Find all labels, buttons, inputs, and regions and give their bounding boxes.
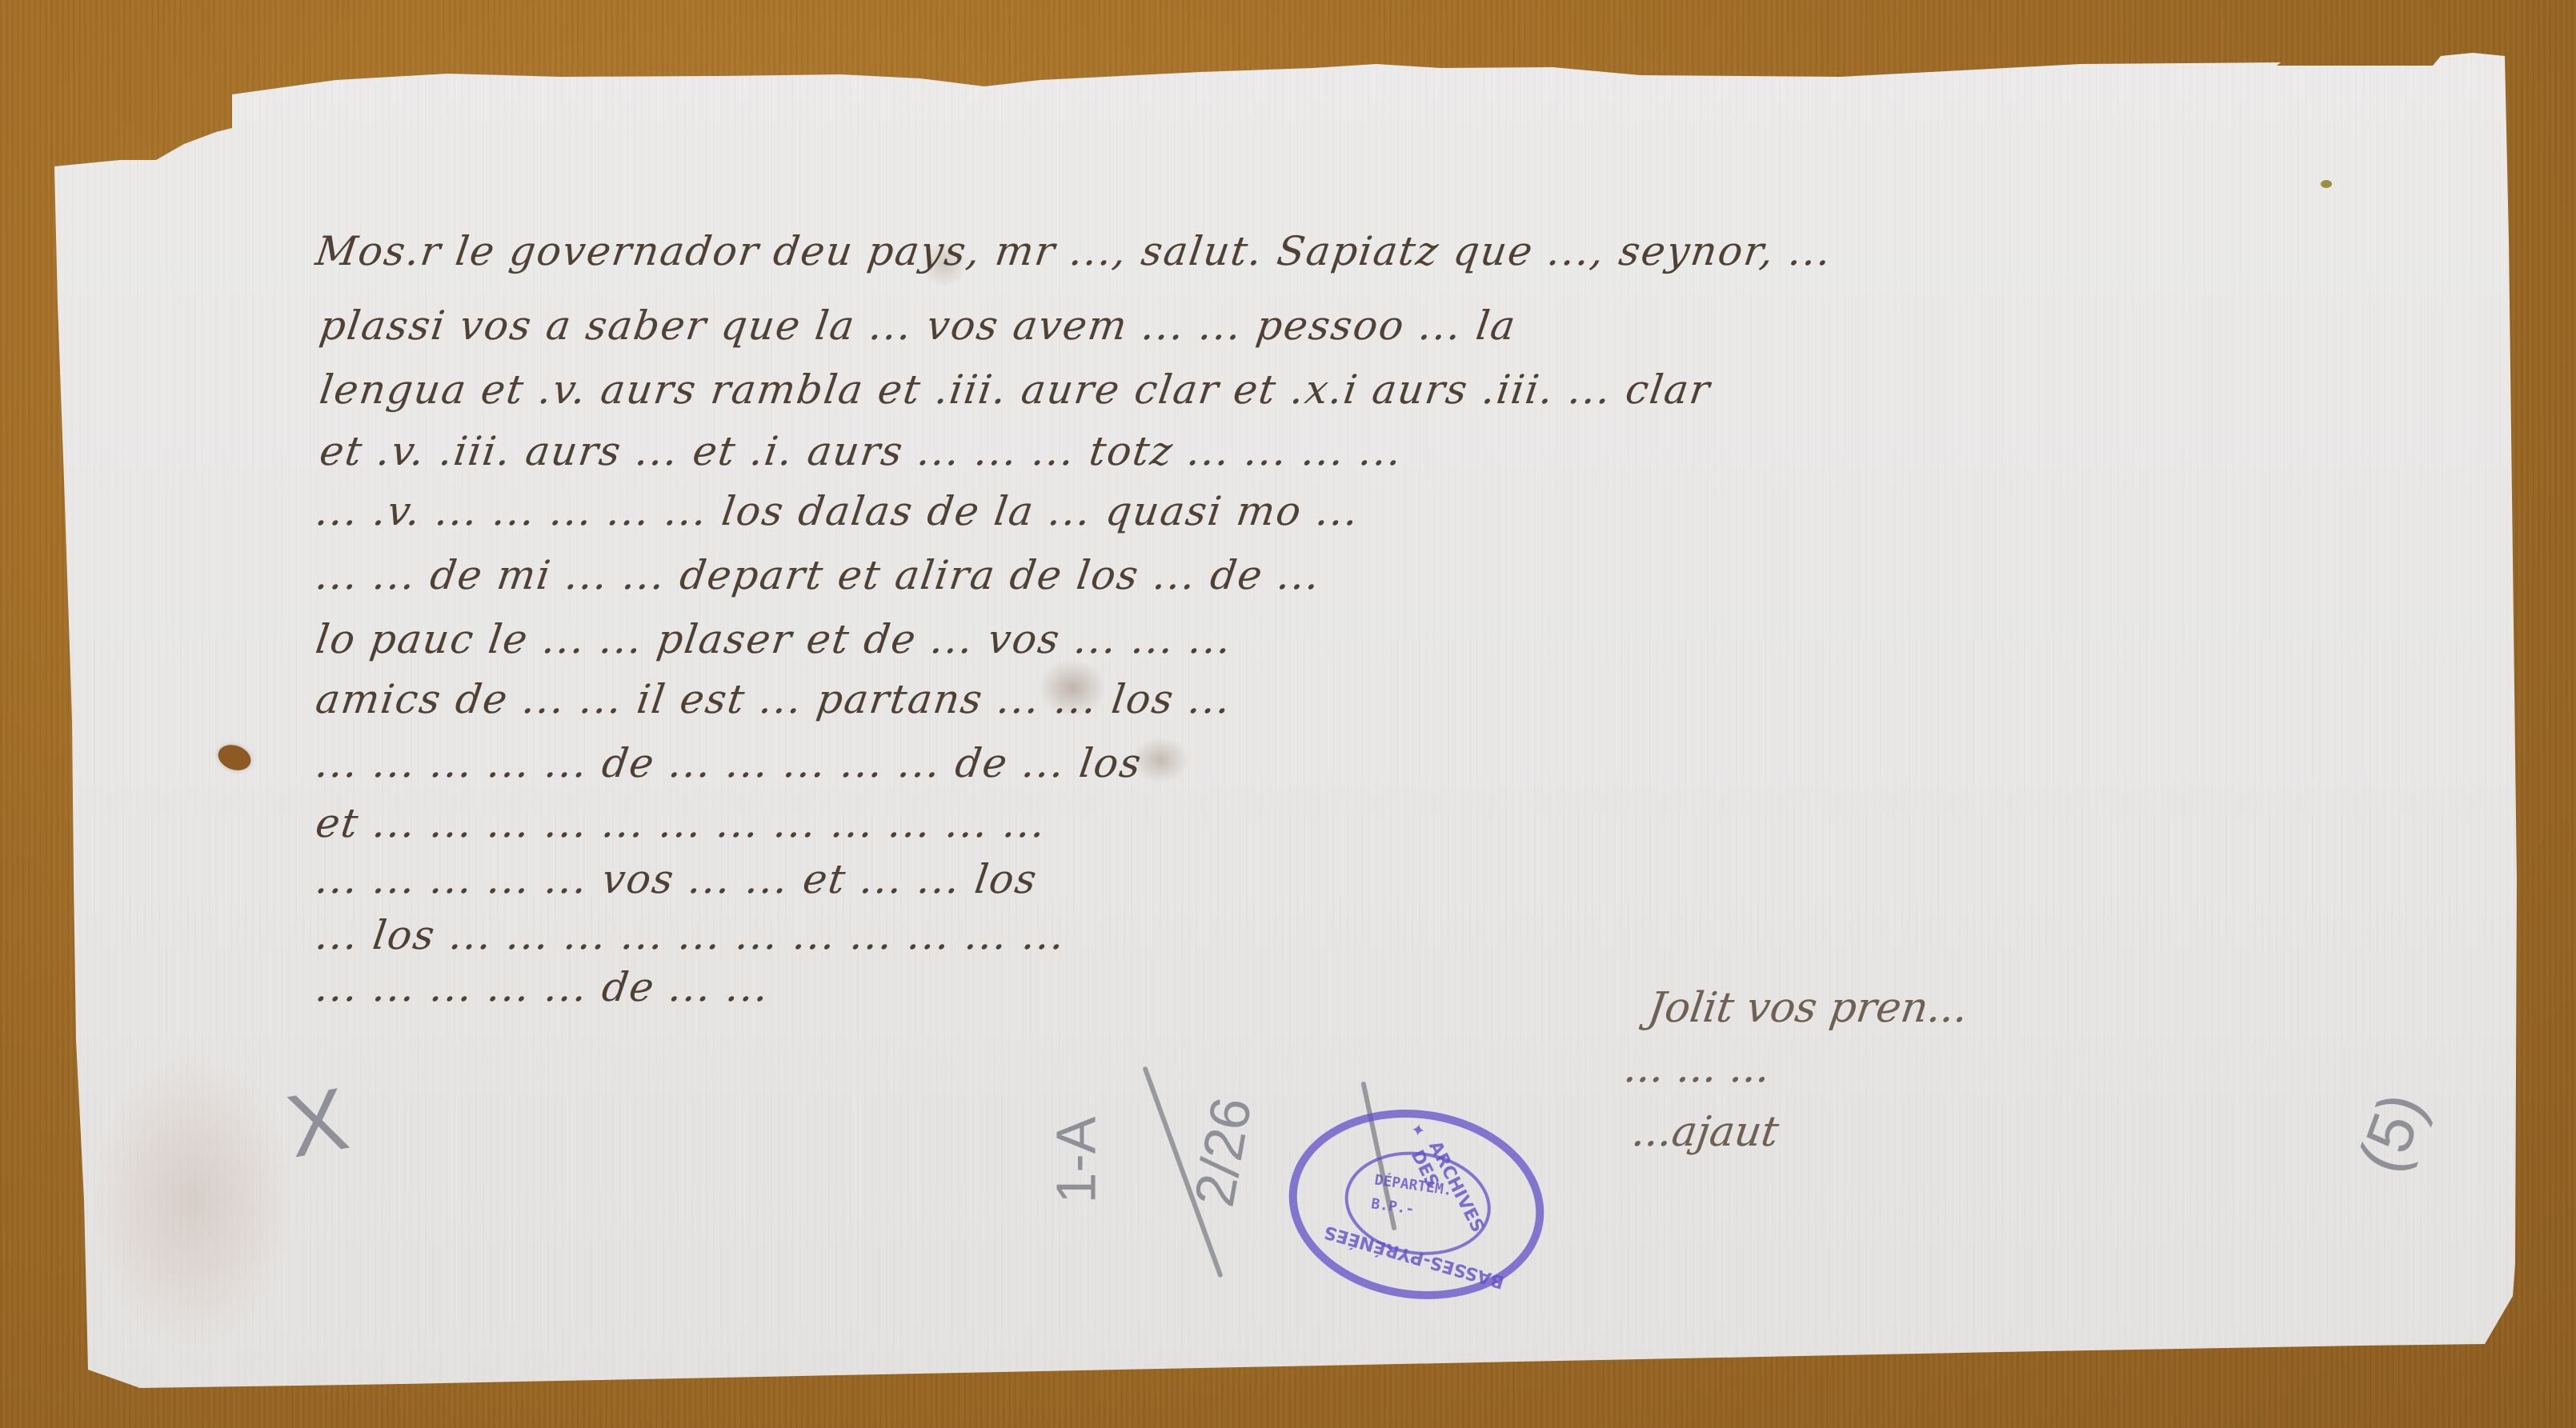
manuscript-line-8: amics de ... ... il est ... partans ... …	[313, 676, 1235, 722]
signature-line-1: Jolit vos pren...	[1645, 984, 1971, 1032]
manuscript-line-12: ... los ... ... ... ... ... ... ... ... …	[313, 912, 1069, 958]
stamp-center-line-2: B.P.-	[1370, 1195, 1416, 1218]
stamp-star-icon: ✦	[1409, 1120, 1427, 1142]
signature-line-3: ...ajaut	[1629, 1108, 1782, 1156]
manuscript-line-2: plassi vos a saber que la ... vos avem .…	[317, 302, 1520, 349]
manuscript-line-13: ... ... ... ... ... de ... ...	[313, 964, 773, 1010]
stamp-center-line-1: DÉPARTEM.	[1373, 1172, 1453, 1199]
pencil-shelfmark-1A: 1-A	[1044, 1117, 1108, 1204]
manuscript-line-9: ... ... ... ... ... de ... ... ... ... .…	[313, 740, 1145, 786]
speck-mark	[2321, 180, 2332, 188]
manuscript-line-3: lengua et .v. aurs rambla et .iii. aure …	[317, 366, 1714, 413]
manuscript-line-10: et ... ... ... ... ... ... ... ... ... .…	[313, 800, 1050, 846]
manuscript-line-1: Mos.r le governador deu pays, mr ..., sa…	[313, 228, 1835, 274]
manuscript-line-6: ... ... de mi ... ... depart et alira de…	[313, 552, 1324, 598]
manuscript-line-11: ... ... ... ... ... vos ... ... et ... .…	[313, 856, 1041, 902]
signature-line-2: ... ... ...	[1621, 1044, 1773, 1092]
manuscript-line-7: lo pauc le ... ... plaser et de ... vos …	[313, 616, 1236, 662]
manuscript-line-4: et .v. .iii. aurs ... et .i. aurs ... ..…	[317, 428, 1406, 474]
manuscript-line-5: ... .v. ... ... ... ... ... los dalas de…	[313, 488, 1363, 534]
